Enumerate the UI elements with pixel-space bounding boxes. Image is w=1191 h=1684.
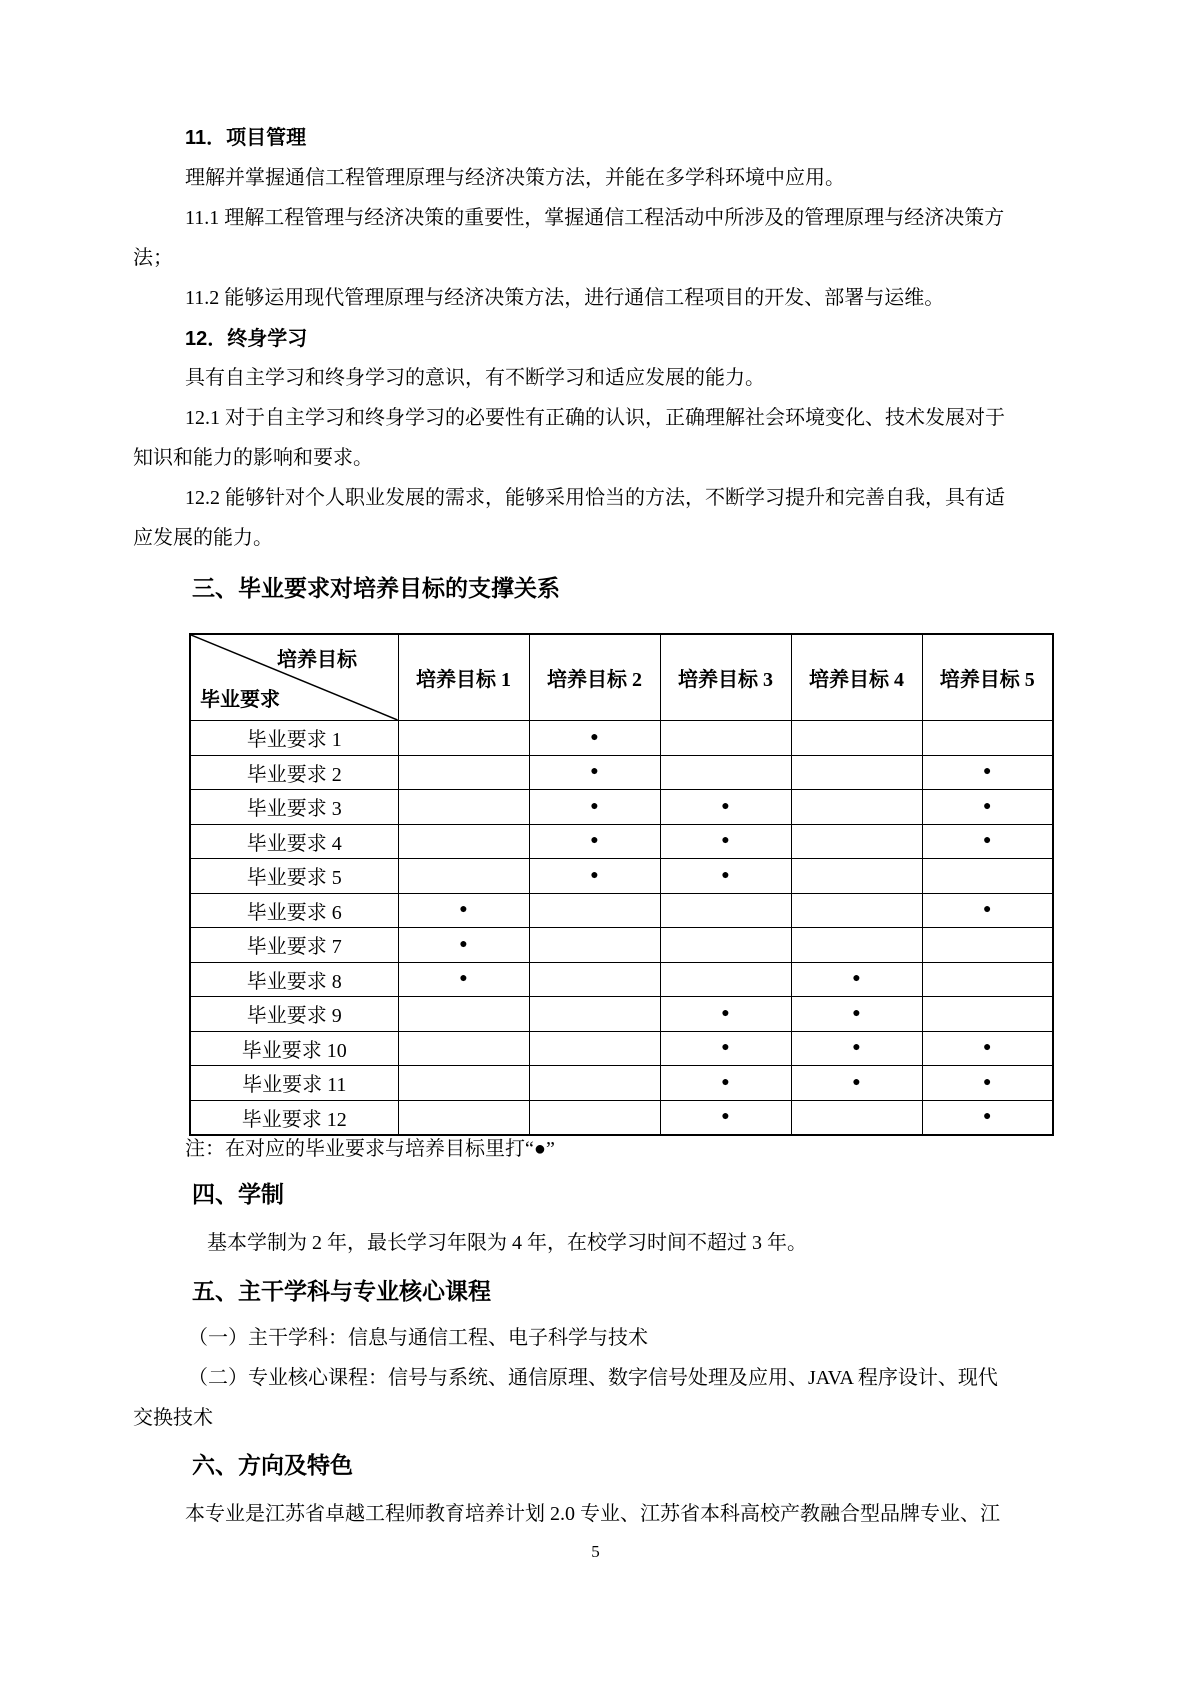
matrix-cell — [529, 928, 660, 963]
matrix-cell — [660, 721, 791, 756]
table-row: 毕业要求 8 ● ● — [190, 962, 1053, 997]
row-label: 毕业要求 8 — [190, 962, 398, 997]
column-header: 培养目标 2 — [529, 634, 660, 721]
section-4-heading: 四、学制 — [192, 1179, 284, 1209]
matrix-cell — [922, 962, 1053, 997]
table-row: 毕业要求 9 ● ● — [190, 997, 1053, 1032]
matrix-cell — [529, 997, 660, 1032]
matrix-cell: ● — [529, 721, 660, 756]
matrix-cell: ● — [660, 1100, 791, 1135]
matrix-cell — [398, 824, 529, 859]
matrix-cell — [529, 962, 660, 997]
page-number: 5 — [0, 1540, 1191, 1564]
table-row: 毕业要求 4 ● ● ● — [190, 824, 1053, 859]
matrix-cell: ● — [922, 755, 1053, 790]
matrix-cell — [660, 755, 791, 790]
document-page: 11．项目管理 理解并掌握通信工程管理原理与经济决策方法，并能在多学科环境中应用… — [0, 0, 1191, 1684]
matrix-cell — [791, 893, 922, 928]
row-label: 毕业要求 9 — [190, 997, 398, 1032]
matrix-cell: ● — [922, 1031, 1053, 1066]
matrix-cell — [791, 1100, 922, 1135]
matrix-cell — [398, 1066, 529, 1101]
row-label: 毕业要求 5 — [190, 859, 398, 894]
row-label: 毕业要求 7 — [190, 928, 398, 963]
column-header: 培养目标 4 — [791, 634, 922, 721]
matrix-cell — [791, 928, 922, 963]
matrix-cell: ● — [922, 1066, 1053, 1101]
section-11-item1-line1: 11.1 理解工程管理与经济决策的重要性，掌握通信工程活动中所涉及的管理原理与经… — [185, 198, 1004, 238]
section-5-heading: 五、主干学科与专业核心课程 — [192, 1276, 491, 1306]
matrix-cell — [398, 721, 529, 756]
matrix-cell: ● — [791, 997, 922, 1032]
table-row: 毕业要求 11 ● ● ● — [190, 1066, 1053, 1101]
matrix-cell — [398, 755, 529, 790]
matrix-cell: ● — [791, 1031, 922, 1066]
matrix-cell: ● — [529, 824, 660, 859]
matrix-cell — [922, 997, 1053, 1032]
table-row: 毕业要求 6 ● ● — [190, 893, 1053, 928]
matrix-cell — [398, 997, 529, 1032]
matrix-cell: ● — [660, 997, 791, 1032]
row-label: 毕业要求 10 — [190, 1031, 398, 1066]
matrix-cell — [791, 824, 922, 859]
matrix-cell — [791, 755, 922, 790]
matrix-cell: ● — [922, 1100, 1053, 1135]
matrix-cell: ● — [660, 1066, 791, 1101]
matrix-cell — [398, 790, 529, 825]
matrix-cell — [529, 1031, 660, 1066]
section-5-item1: （一）主干学科：信息与通信工程、电子科学与技术 — [188, 1318, 648, 1358]
row-label: 毕业要求 6 — [190, 893, 398, 928]
row-label: 毕业要求 4 — [190, 824, 398, 859]
row-label: 毕业要求 1 — [190, 721, 398, 756]
section-12-heading: 12．终身学习 — [185, 319, 307, 359]
section-12-intro: 具有自主学习和终身学习的意识，有不断学习和适应发展的能力。 — [185, 358, 765, 398]
section-12-item1-line2: 知识和能力的影响和要求。 — [133, 438, 373, 478]
row-label: 毕业要求 3 — [190, 790, 398, 825]
matrix-cell — [791, 859, 922, 894]
matrix-cell — [922, 859, 1053, 894]
matrix-cell: ● — [922, 790, 1053, 825]
section-3-heading: 三、毕业要求对培养目标的支撑关系 — [192, 573, 560, 603]
matrix-cell — [922, 721, 1053, 756]
matrix-cell — [529, 1066, 660, 1101]
matrix-cell — [660, 893, 791, 928]
section-6-body: 本专业是江苏省卓越工程师教育培养计划 2.0 专业、江苏省本科高校产教融合型品牌… — [185, 1494, 1000, 1534]
matrix-cell — [529, 893, 660, 928]
column-header: 培养目标 1 — [398, 634, 529, 721]
section-11-item2: 11.2 能够运用现代管理原理与经济决策方法，进行通信工程项目的开发、部署与运维… — [185, 278, 944, 318]
corner-label-requirements: 毕业要求 — [200, 683, 280, 712]
table-row: 毕业要求 7 ● — [190, 928, 1053, 963]
matrix-cell: ● — [660, 790, 791, 825]
matrix-cell — [398, 859, 529, 894]
column-header: 培养目标 3 — [660, 634, 791, 721]
table-row: 毕业要求 3 ● ● ● — [190, 790, 1053, 825]
matrix-cell — [922, 928, 1053, 963]
matrix-cell — [791, 721, 922, 756]
section-4-body: 基本学制为 2 年，最长学习年限为 4 年，在校学习时间不超过 3 年。 — [207, 1223, 807, 1263]
matrix-cell: ● — [398, 962, 529, 997]
matrix-cell: ● — [660, 859, 791, 894]
table-note: 注：在对应的毕业要求与培养目标里打“●” — [185, 1129, 555, 1169]
table-row: 毕业要求 5 ● ● — [190, 859, 1053, 894]
section-11-heading: 11．项目管理 — [185, 118, 306, 158]
matrix-cell — [660, 962, 791, 997]
matrix-cell: ● — [791, 1066, 922, 1101]
matrix-cell: ● — [660, 1031, 791, 1066]
column-header: 培养目标 5 — [922, 634, 1053, 721]
section-12-item2-line2: 应发展的能力。 — [133, 518, 273, 558]
matrix-cell — [398, 1031, 529, 1066]
table-row: 毕业要求 10 ● ● ● — [190, 1031, 1053, 1066]
section-6-heading: 六、方向及特色 — [192, 1450, 353, 1480]
matrix-cell: ● — [398, 893, 529, 928]
matrix-cell: ● — [791, 962, 922, 997]
row-label: 毕业要求 2 — [190, 755, 398, 790]
table-corner-cell: 培养目标 毕业要求 — [190, 634, 398, 721]
matrix-cell: ● — [660, 824, 791, 859]
section-11-item1-line2: 法； — [133, 238, 173, 278]
matrix-cell: ● — [529, 859, 660, 894]
section-12-item1-line1: 12.1 对于自主学习和终身学习的必要性有正确的认识，正确理解社会环境变化、技术… — [185, 398, 1005, 438]
section-11-intro: 理解并掌握通信工程管理原理与经济决策方法，并能在多学科环境中应用。 — [185, 158, 845, 198]
section-5-item2-line1: （二）专业核心课程：信号与系统、通信原理、数字信号处理及应用、JAVA 程序设计… — [188, 1358, 998, 1398]
matrix-cell: ● — [922, 824, 1053, 859]
matrix-cell: ● — [922, 893, 1053, 928]
matrix-cell: ● — [529, 790, 660, 825]
matrix-cell — [791, 790, 922, 825]
corner-label-objectives: 培养目标 — [277, 643, 357, 672]
table-header-row: 培养目标 毕业要求 培养目标 1 培养目标 2 培养目标 3 培养目标 4 培养… — [190, 634, 1053, 721]
matrix-cell: ● — [398, 928, 529, 963]
matrix-cell: ● — [529, 755, 660, 790]
row-label: 毕业要求 11 — [190, 1066, 398, 1101]
table-row: 毕业要求 1 ● — [190, 721, 1053, 756]
section-5-item2-line2: 交换技术 — [133, 1398, 213, 1438]
support-matrix-table: 培养目标 毕业要求 培养目标 1 培养目标 2 培养目标 3 培养目标 4 培养… — [189, 633, 1054, 1136]
table-row: 毕业要求 2 ● ● — [190, 755, 1053, 790]
section-12-item2-line1: 12.2 能够针对个人职业发展的需求，能够采用恰当的方法，不断学习提升和完善自我… — [185, 478, 1005, 518]
matrix-cell — [660, 928, 791, 963]
